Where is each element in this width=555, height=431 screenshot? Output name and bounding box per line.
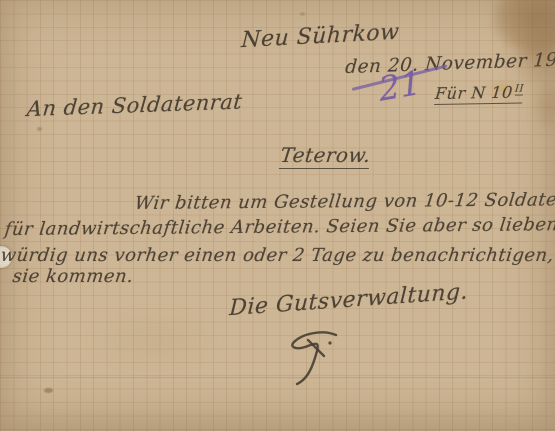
place-line: Neu Sührkow xyxy=(241,20,400,53)
body-line: würdig uns vorher einen oder 2 Tage zu b… xyxy=(0,245,555,266)
signature-initial-flourish xyxy=(284,326,348,388)
file-number: Für N 10 xyxy=(434,83,513,103)
stain-right-edge xyxy=(526,66,555,146)
ink-speck xyxy=(300,12,305,16)
file-number-superscript: II xyxy=(514,83,524,95)
date-line: den 20. November 1918 xyxy=(345,49,555,78)
closing-line: Die Gutsverwaltung. xyxy=(229,279,469,321)
recipient-place: Teterow. xyxy=(279,143,372,169)
registry-number: 21 xyxy=(377,63,423,109)
ink-speck xyxy=(37,127,42,131)
body-line: für landwirtschaftliche Arbeiten. Seien … xyxy=(4,214,555,240)
recipient-line: An den Soldatenrat xyxy=(26,89,244,121)
aging-patch xyxy=(70,300,240,380)
ink-speck xyxy=(44,388,53,393)
body-line: sie kommen. xyxy=(11,266,134,287)
fold-crease xyxy=(0,377,555,380)
body-line: Wir bitten um Gestellung von 10-12 Solda… xyxy=(134,189,555,214)
letter-page: Neu Sührkow den 20. November 1918 21 Für… xyxy=(0,0,555,431)
file-number-line: Für N 10II xyxy=(434,82,524,105)
